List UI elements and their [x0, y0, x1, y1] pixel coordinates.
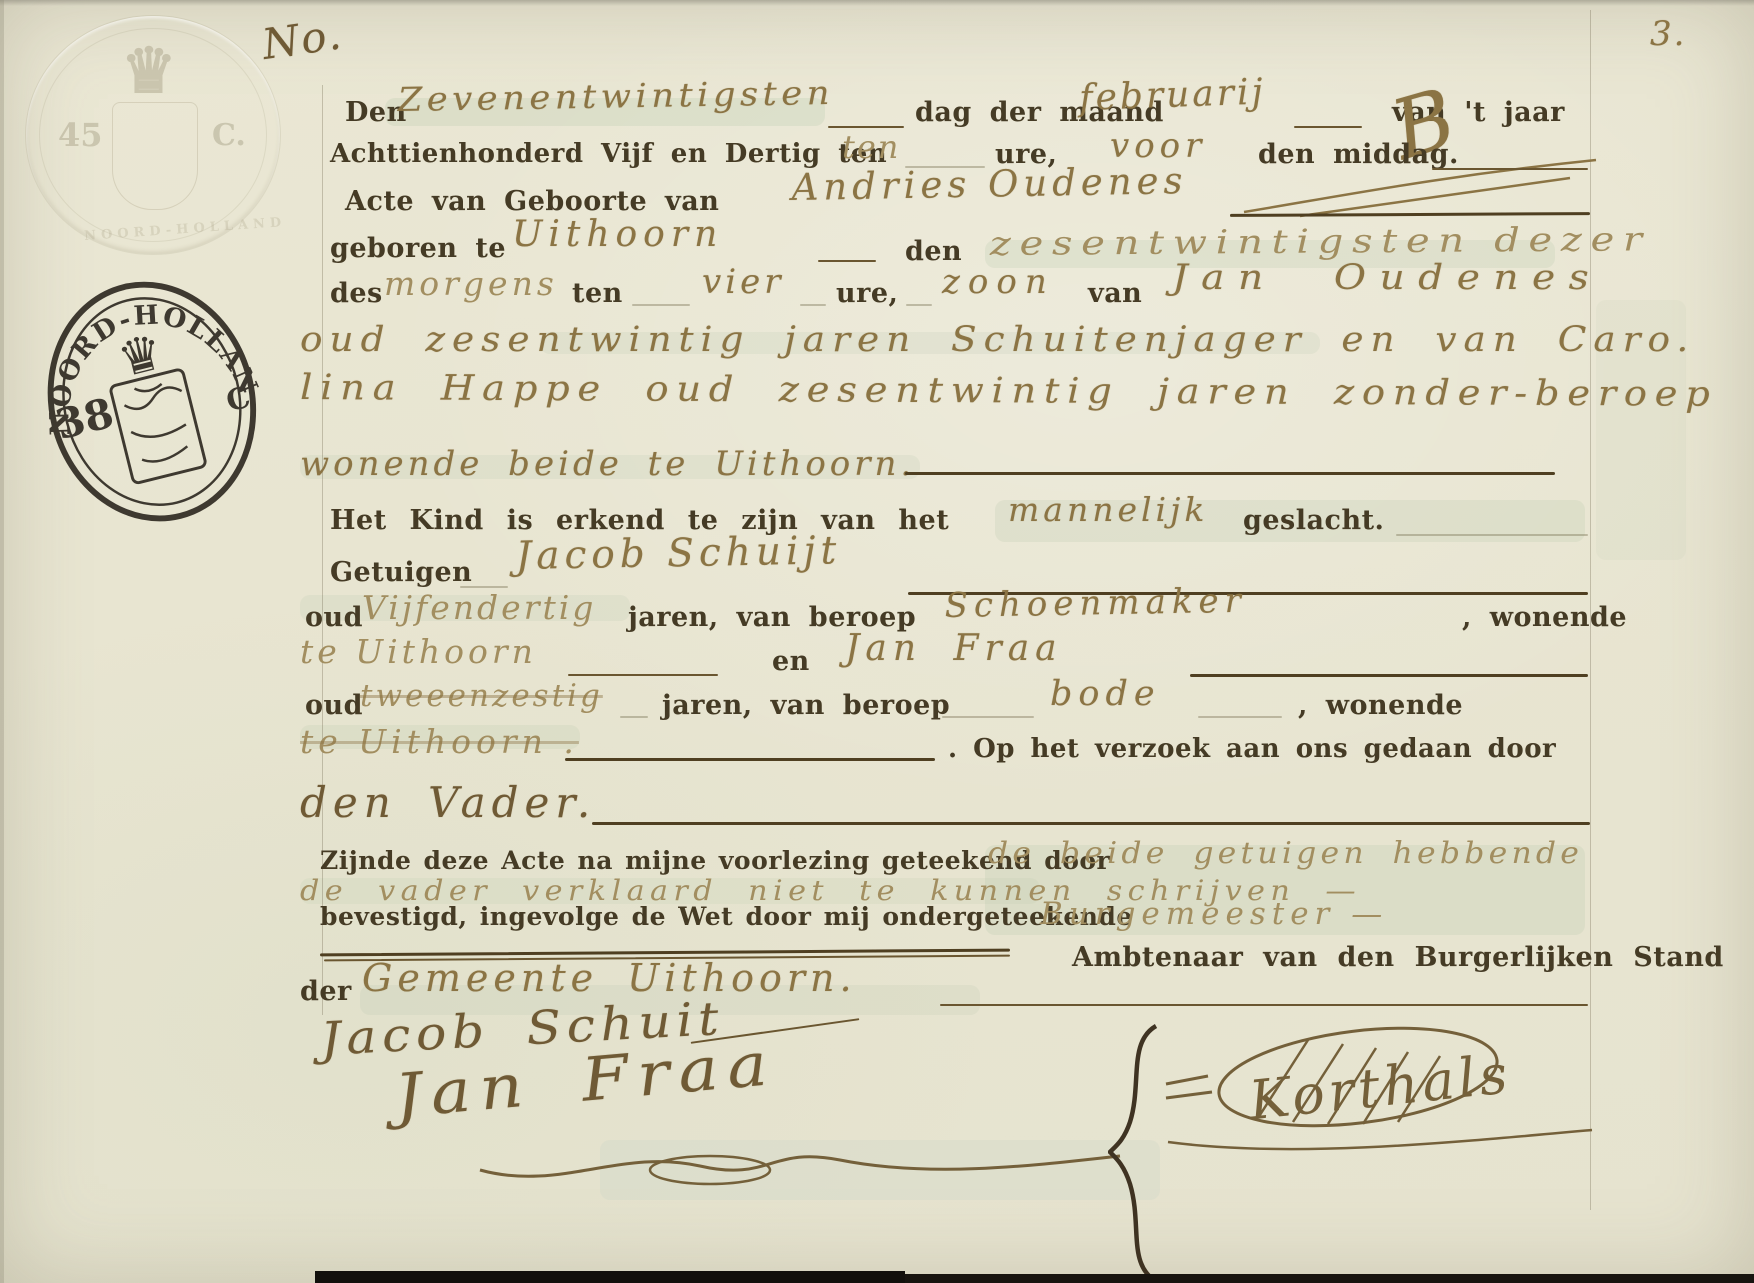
label-geslacht: geslacht.	[1243, 505, 1384, 536]
blank-rule	[1198, 716, 1282, 718]
label-getuigen: Getuigen	[330, 557, 472, 588]
birth-certificate-scan: ♛ 45 C. NOORD-HOLLAND NOORD-HOLLAND. 38 …	[0, 0, 1754, 1283]
hw-witness1-place: te Uithoorn	[300, 632, 537, 671]
hw-father-line: oud zesentwintig jaren Schuitenjager en …	[300, 320, 1695, 360]
label-oud1: oud	[305, 602, 363, 633]
hw-official-capacity: Burgemeester —	[1040, 896, 1388, 932]
hw-child-name: Andries Oudenes	[791, 159, 1188, 209]
scan-edge-top	[0, 0, 1754, 6]
seal-value-left: 45	[58, 116, 103, 154]
hw-signed-by-1: de beide getuigen hebbende	[988, 836, 1583, 871]
hw-mother-line: lina Happe oud zesentwintig jaren zonder…	[300, 368, 1718, 415]
label-ure2: ure,	[836, 278, 898, 309]
label-wonende1: , wonende	[1462, 602, 1627, 633]
label-wonende2: , wonende	[1298, 690, 1463, 721]
crown-icon: ♛	[121, 34, 177, 107]
blank-rule	[565, 758, 935, 761]
label-year: Achttienhonderd Vijf en Dertig ten	[330, 139, 887, 169]
blank-rule	[620, 716, 648, 718]
label-den-middag: den middag.	[1258, 139, 1459, 170]
blank-rule	[940, 1004, 1588, 1006]
blank-rule	[1294, 126, 1362, 128]
label-ambtenaar: Ambtenaar van den Burgerlijken Stand	[1072, 942, 1724, 973]
embossed-seal: ♛ 45 C. NOORD-HOLLAND	[26, 16, 280, 254]
label-der: der	[300, 976, 352, 1007]
folio-number: 3.	[1650, 14, 1686, 54]
hw-witness2-profession: bode	[1050, 674, 1161, 714]
hw-zoon: zoon	[942, 262, 1055, 302]
blank-rule	[592, 822, 1590, 825]
label-van: van	[1088, 278, 1142, 309]
blank-rule	[818, 260, 876, 262]
act-number: No.	[259, 9, 346, 69]
hw-witness2-name: Jan Fraa	[845, 628, 1063, 669]
hw-requested-by: den Vader.	[300, 778, 596, 827]
hw-birth-hour: vier	[702, 262, 784, 302]
blank-rule	[1190, 674, 1588, 677]
label-ten: ten	[572, 278, 623, 309]
official-signature: Korthals	[1245, 1042, 1514, 1132]
hw-gemeente: Gemeente Uithoorn.	[362, 956, 857, 1000]
hw-father-name: Jan Oudenes	[1172, 258, 1602, 298]
seal-value-right: C.	[212, 118, 246, 153]
label-geboren-te: geboren te	[330, 233, 506, 264]
official-signature-group: Korthals	[1108, 1022, 1594, 1283]
hw-gender: mannelijk	[1008, 490, 1208, 529]
hw-witness2-age: tweeenzestig	[360, 678, 603, 714]
blank-rule	[800, 304, 826, 306]
blank-rule	[905, 472, 1555, 475]
hw-witness1-profession: Schoenmaker	[944, 581, 1247, 626]
hw-morgens: morgens	[384, 264, 558, 303]
curly-brace	[1110, 1026, 1156, 1280]
hw-residence: wonende beide te Uithoorn.	[300, 444, 915, 484]
hw-day: Zevenentwintigsten	[397, 73, 834, 119]
witness2-signature-flourish	[470, 1140, 1130, 1200]
hw-birth-day: zesentwintigsten dezer	[990, 219, 1651, 263]
hw-hour-word: ten	[842, 128, 900, 166]
round-ink-stamp: NOORD-HOLLAND. 38 C ♛	[17, 254, 288, 551]
hw-month: februarij	[1079, 72, 1267, 119]
blank-rule	[906, 304, 932, 306]
label-en: en	[772, 646, 810, 677]
scan-edge-bottom	[315, 1271, 905, 1283]
hw-birth-place: Uithoorn	[512, 214, 723, 255]
blank-rule	[632, 304, 690, 306]
label-acte-van-geboorte: Acte van Geboorte van	[345, 186, 719, 217]
blank-rule	[942, 716, 1034, 718]
blank-rule	[1432, 168, 1588, 170]
label-bevestigd: bevestigd, ingevolge de Wet door mij ond…	[320, 902, 1133, 931]
hw-witness1-name: Jacob Schuijt	[515, 528, 841, 579]
hw-witness2-place: te Uithoorn .	[300, 722, 579, 761]
label-jaren-beroep2: jaren, van beroep	[662, 690, 950, 721]
label-oud2: oud	[305, 690, 363, 721]
blank-rule	[1396, 534, 1588, 536]
scan-edge-left	[0, 0, 4, 1283]
hw-witness1-age: Vijfendertig	[362, 588, 596, 627]
shield-icon	[112, 102, 198, 210]
label-op-het-verzoek: . Op het verzoek aan ons gedaan door	[948, 734, 1556, 764]
blank-rule	[568, 674, 718, 676]
label-des: des	[330, 278, 383, 309]
